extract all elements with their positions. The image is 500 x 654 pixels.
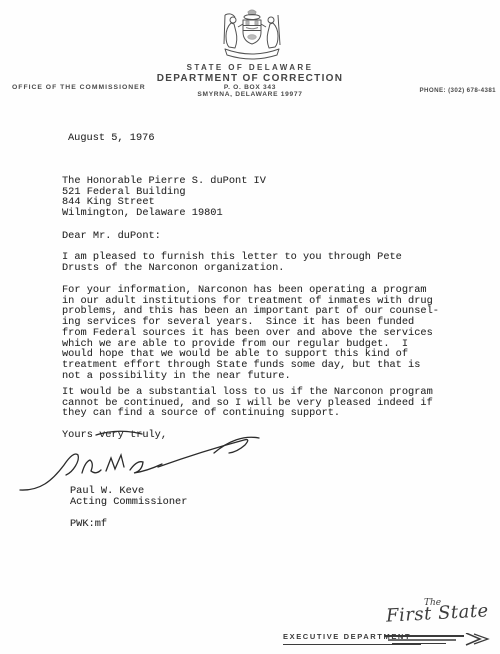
signer-block: Paul W. Keve Acting Commissioner (70, 486, 187, 507)
body-line: from Federal sources it has been over an… (62, 328, 439, 339)
first-state-logo: The First State (384, 595, 498, 653)
body-line: Drusts of the Narconon organization. (62, 263, 402, 274)
paragraph-2: For your information, Narconon has been … (62, 285, 439, 381)
phone-number: PHONE: (302) 678-4381 (420, 87, 497, 94)
reference-initials: PWK:mf (70, 519, 107, 530)
recipient-address-block: The Honorable Pierre S. duPont IV 521 Fe… (62, 176, 266, 219)
paragraph-3: It would be a substantial loss to us if … (62, 387, 433, 419)
letter-date: August 5, 1976 (68, 133, 155, 144)
body-line: not a possibility in the near future. (62, 371, 439, 382)
recipient-line: Wilmington, Delaware 19801 (62, 208, 266, 219)
signer-title: Acting Commissioner (70, 497, 187, 508)
first-state-logo-text: First State (386, 600, 490, 626)
department-heading: DEPARTMENT OF CORRECTION (0, 73, 500, 84)
first-state-logo-speedlines-icon (384, 633, 494, 649)
salutation: Dear Mr. duPont: (62, 231, 161, 242)
body-line: they can find a source of continuing sup… (62, 408, 433, 419)
delaware-coat-of-arms-icon (212, 6, 292, 62)
scanned-letter-page: OFFICE OF THE COMMISSIONER STATE OF DELA… (0, 0, 500, 654)
state-of-delaware-heading: STATE OF DELAWARE (0, 63, 500, 72)
paragraph-1: I am pleased to furnish this letter to y… (62, 252, 402, 273)
